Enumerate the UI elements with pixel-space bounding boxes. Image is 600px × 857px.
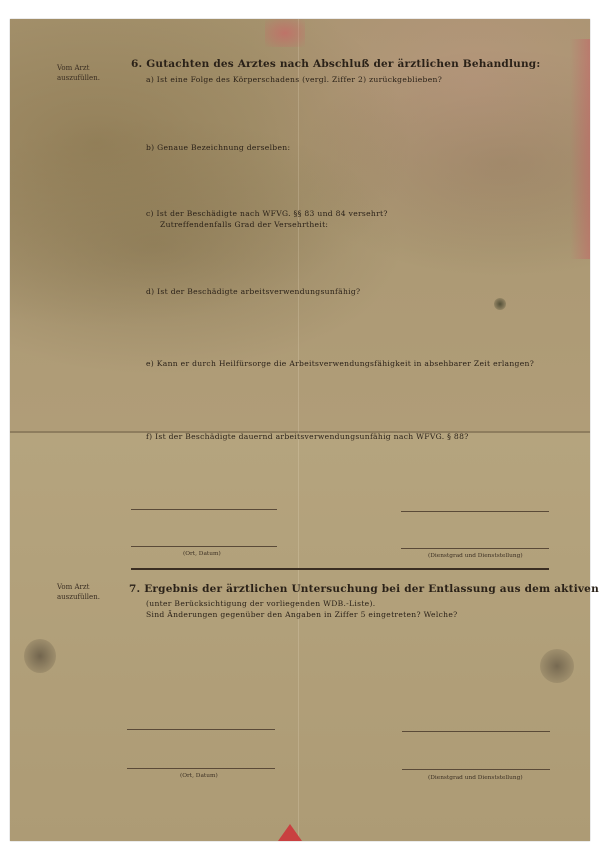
section-divider [131, 568, 549, 570]
punch-spot [24, 639, 56, 673]
rank-line-1[interactable] [402, 731, 550, 732]
question-a: a) Ist eine Folge des Körperschadens (ve… [146, 75, 442, 84]
margin-note-line: Vom Arzt [57, 63, 100, 73]
question-f: f) Ist der Beschädigte dauernd arbeitsve… [146, 432, 469, 441]
section6-heading: 6. Gutachten des Arztes nach Abschluß de… [131, 58, 540, 70]
ink-spot [494, 298, 506, 310]
question-c: c) Ist der Beschädigte nach WFVG. §§ 83 … [146, 209, 388, 218]
section7-subline-1: (unter Berücksichtigung der vorliegenden… [146, 599, 375, 608]
vertical-fold-line [298, 19, 299, 841]
rank-line-2[interactable] [402, 769, 550, 770]
section7-heading: 7. Ergebnis der ärztlichen Untersuchung … [129, 583, 600, 595]
question-e: e) Kann er durch Heilfürsorge die Arbeit… [146, 359, 534, 368]
question-d: d) Ist der Beschädigte arbeitsverwendung… [146, 287, 360, 296]
margin-note-line: auszufüllen. [57, 73, 100, 83]
place-date-caption: (Ort, Datum) [183, 551, 221, 557]
rank-line-1[interactable] [401, 511, 549, 512]
place-date-line-1[interactable] [131, 509, 277, 510]
place-date-line-2[interactable] [127, 768, 275, 769]
question-b: b) Genaue Bezeichnung derselben: [146, 143, 290, 152]
form-sheet [10, 19, 590, 841]
place-date-line-2[interactable] [131, 546, 277, 547]
rank-caption: (Dienstgrad und Dienststellung) [428, 553, 523, 559]
rank-line-2[interactable] [401, 548, 549, 549]
margin-note-section6: Vom Arzt auszufüllen. [57, 63, 100, 83]
red-stain [265, 19, 305, 47]
section7-question: Sind Änderungen gegenüber den Angaben in… [146, 610, 458, 619]
red-stain [570, 39, 590, 259]
margin-note-section7: Vom Arzt auszufüllen. [57, 582, 100, 602]
place-date-caption: (Ort, Datum) [180, 773, 218, 779]
punch-spot [540, 649, 574, 683]
margin-note-line: auszufüllen. [57, 592, 100, 602]
rank-caption: (Dienstgrad und Dienststellung) [428, 775, 523, 781]
margin-note-line: Vom Arzt [57, 582, 100, 592]
question-c-followup: Zutreffendenfalls Grad der Versehrtheit: [160, 220, 328, 229]
place-date-line-1[interactable] [127, 729, 275, 730]
